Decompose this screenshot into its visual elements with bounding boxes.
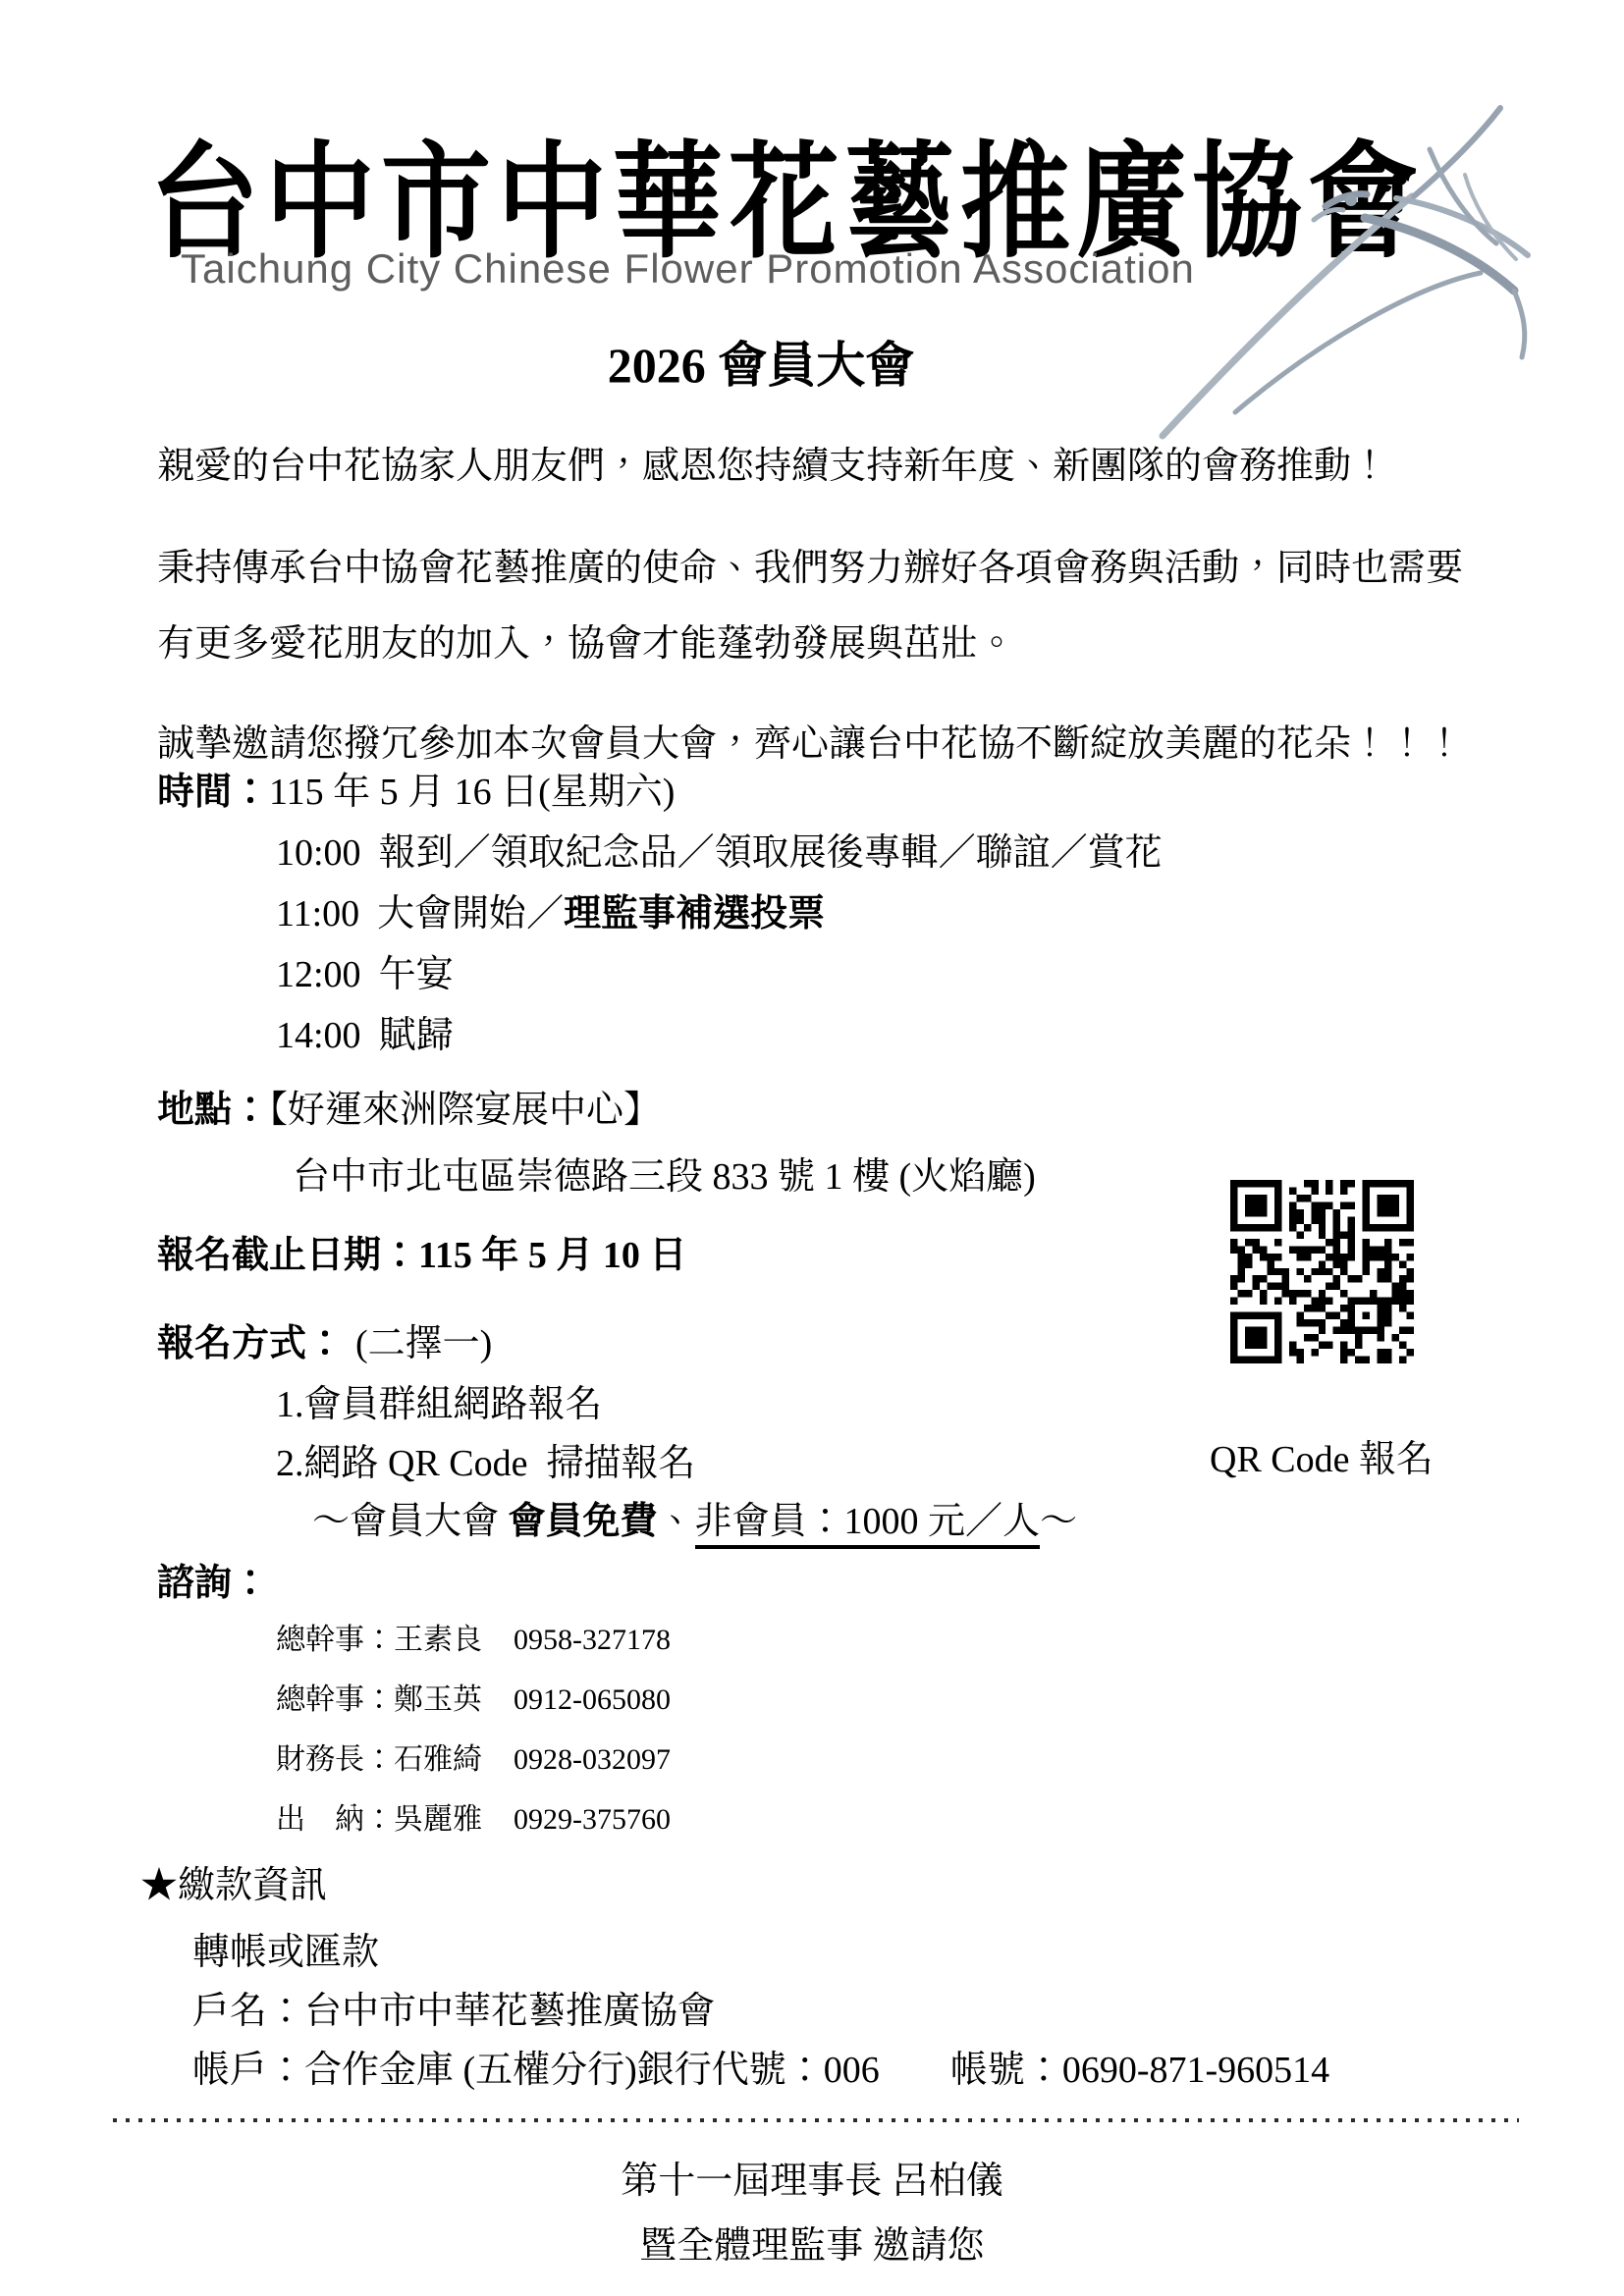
- intro-paragraph-2-line1: 秉持傳承台中協會花藝推廣的使命、我們努力辦好各項會務與活動，同時也需要: [157, 546, 1463, 593]
- contact-person: 出 納：吳麗雅: [276, 1803, 482, 1836]
- contact-row: 財務長：石雅綺0928-032097: [276, 1741, 671, 1779]
- qr-code-caption: QR Code 報名: [1210, 1437, 1434, 1484]
- payment-heading: ★繳款資訊: [140, 1863, 327, 1910]
- registration-method-1: 1.會員群組網路報名: [276, 1382, 603, 1429]
- schedule-row: 14:00賦歸: [276, 1013, 454, 1060]
- contact-person: 總幹事：鄭玉英: [276, 1683, 482, 1716]
- registration-heading: 報名方式：(二擇一): [157, 1321, 492, 1368]
- contact-row: 總幹事：鄭玉英0912-065080: [276, 1682, 671, 1719]
- schedule-row: 11:00大會開始／理監事補選投票: [276, 891, 825, 938]
- deadline-label: 報名截止日期：: [157, 1235, 418, 1276]
- fee-line: ～會員大會 會員免費、非會員：1000 元／人～: [312, 1499, 1077, 1546]
- contact-row: 出 納：吳麗雅0929-375760: [276, 1801, 671, 1839]
- deadline-heading: 報名截止日期：115 年 5 月 10 日: [157, 1233, 686, 1280]
- location-heading: 地點：【好運來洲際宴展中心】: [157, 1088, 661, 1135]
- location-address: 台中市北屯區崇德路三段 833 號 1 樓 (火焰廳): [293, 1154, 1036, 1201]
- payment-bank-line: 帳戶：合作金庫 (五權分行)銀行代號：006帳號：0690-871-960514: [192, 2048, 1329, 2095]
- schedule-time: 11:00: [276, 891, 359, 938]
- contact-row: 總幹事：王素良0958-327178: [276, 1622, 671, 1659]
- schedule-time: 10:00: [276, 830, 361, 878]
- schedule-time: 14:00: [276, 1013, 361, 1060]
- registration-note: (二擇一): [355, 1323, 492, 1364]
- registration-label: 報名方式：: [157, 1323, 344, 1364]
- payment-method: 轉帳或匯款: [192, 1930, 379, 1977]
- fee-members-free: 會員免費: [509, 1501, 658, 1542]
- payment-bank: 帳戶：合作金庫 (五權分行)銀行代號：006: [192, 2050, 880, 2091]
- association-name-english: Taichung City Chinese Flower Promotion A…: [181, 245, 1195, 293]
- schedule-row: 12:00午宴: [276, 952, 454, 999]
- schedule-heading: 時間：115 年 5 月 16 日(星期六): [157, 770, 675, 817]
- qr-code: [1230, 1180, 1414, 1363]
- schedule-desc: 大會開始／: [377, 893, 564, 934]
- dotted-divider: [113, 2118, 1519, 2122]
- fee-nonmember-price: 非會員：1000 元／人: [695, 1501, 1041, 1549]
- page-title: 2026 會員大會: [0, 326, 1573, 397]
- fee-separator: 、: [658, 1501, 695, 1542]
- contact-phone: 0928-032097: [514, 1743, 671, 1776]
- schedule-label: 時間：: [157, 772, 269, 813]
- schedule-desc: 午宴: [379, 954, 454, 995]
- intro-paragraph-3: 誠摯邀請您撥冗參加本次會員大會，齊心讓台中花協不斷綻放美麗的花朵！！！: [157, 721, 1463, 769]
- contact-phone: 0929-375760: [514, 1803, 671, 1836]
- fee-suffix: ～: [1040, 1501, 1077, 1542]
- schedule-time: 12:00: [276, 952, 361, 999]
- schedule-row: 10:00報到／領取紀念品／領取展後專輯／聯誼／賞花: [276, 830, 1163, 878]
- intro-paragraph-2-line2: 有更多愛花朋友的加入，協會才能蓬勃發展與茁壯。: [157, 621, 1015, 668]
- flyer-page: 台中市中華花藝推廣協會 Taichung City Chinese Flower…: [0, 0, 1624, 2296]
- contact-person: 總幹事：王素良: [276, 1624, 482, 1656]
- location-label: 地點：: [157, 1090, 269, 1131]
- schedule-desc: 賦歸: [379, 1015, 454, 1056]
- footer-chairman-line: 第十一屆理事長 呂柏儀: [0, 2150, 1624, 2204]
- schedule-desc: 報到／領取紀念品／領取展後專輯／聯誼／賞花: [379, 832, 1163, 874]
- contact-person: 財務長：石雅綺: [276, 1743, 482, 1776]
- schedule-desc-bold: 理監事補選投票: [564, 893, 825, 934]
- payment-account-name: 戶名：台中市中華花藝推廣協會: [192, 1989, 715, 2036]
- location-venue: 【好運來洲際宴展中心】: [269, 1090, 661, 1131]
- contact-phone: 0958-327178: [514, 1624, 671, 1656]
- fee-prefix: ～會員大會: [312, 1501, 509, 1542]
- footer-invitation-line: 暨全體理監事 邀請您: [0, 2215, 1624, 2269]
- payment-account-no: 帳號：0690-871-960514: [950, 2050, 1329, 2091]
- contact-phone: 0912-065080: [514, 1683, 671, 1716]
- inquiry-heading: 諮詢：: [157, 1561, 269, 1608]
- intro-paragraph-1: 親愛的台中花協家人朋友們，感恩您持續支持新年度、新團隊的會務推動！: [157, 444, 1388, 491]
- registration-method-2: 2.網路 QR Code 掃描報名: [276, 1441, 696, 1488]
- deadline-value: 115 年 5 月 10 日: [418, 1235, 686, 1276]
- schedule-date: 115 年 5 月 16 日(星期六): [269, 772, 675, 813]
